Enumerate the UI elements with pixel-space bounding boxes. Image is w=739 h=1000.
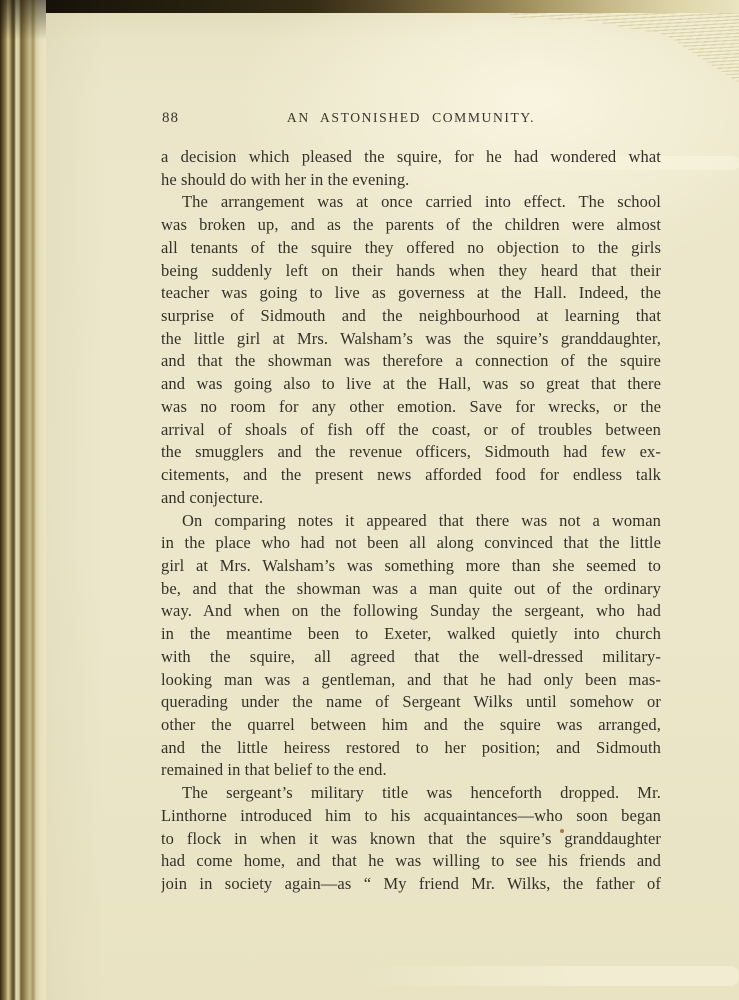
text-line: the smugglers and the revenue officers, … [161,441,661,464]
paragraph: The sergeant’s military title was hencef… [161,782,661,896]
text-line: citements, and the present news afforded… [161,464,661,487]
text-line: arrival of shoals of fish off the coast,… [161,419,661,442]
text-line: looking man was a gentleman, and that he… [161,669,661,692]
text-line: teacher was going to live as governess a… [161,282,661,305]
text-line: had come home, and that he was willing t… [161,850,661,873]
page-content: 88 AN ASTONISHED COMMUNITY. a decision w… [161,110,661,896]
text-line: querading under the name of Sergeant Wil… [161,691,661,714]
text-line: The sergeant’s military title was hencef… [161,782,661,805]
book-photo: 88 AN ASTONISHED COMMUNITY. a decision w… [0,0,739,1000]
running-header: AN ASTONISHED COMMUNITY. [161,110,661,126]
text-line: girl at Mrs. Walsham’s was something mor… [161,555,661,578]
text-line: remained in that belief to the end. [161,759,661,782]
page-number: 88 [162,110,179,127]
paragraph: a decision which pleased the squire, for… [161,146,661,191]
text-line: with the squire, all agreed that the wel… [161,646,661,669]
book-binding-left [0,0,46,1000]
text-line: and was going also to live at the Hall, … [161,373,661,396]
text-line: other the quarrel between him and the sq… [161,714,661,737]
text-line: to flock in when it was known that the s… [161,828,661,851]
text-line: way. And when on the following Sunday th… [161,600,661,623]
text-line: Linthorne introduced him to his acquaint… [161,805,661,828]
book-top-edge [0,0,739,13]
text-line: the little girl at Mrs. Walsham’s was th… [161,328,661,351]
text-line: be, and that the showman was a man quite… [161,578,661,601]
text-line: in the place who had not been all along … [161,532,661,555]
text-line: was no room for any other emotion. Save … [161,396,661,419]
text-line: being suddenly left on their hands when … [161,260,661,283]
text-line: a decision which pleased the squire, for… [161,146,661,169]
text-line: The arrangement was at once carried into… [161,191,661,214]
paragraph: On comparing notes it appeared that ther… [161,510,661,783]
text-line: was broken up, and as the parents of the… [161,214,661,237]
text-line: in the meantime been to Exeter, walked q… [161,623,661,646]
text-line: all tenants of the squire they offered n… [161,237,661,260]
text-line: On comparing notes it appeared that ther… [161,510,661,533]
paragraph: The arrangement was at once carried into… [161,191,661,509]
text-line: join in society again—as “ My friend Mr.… [161,873,661,896]
text-line: and the little heiress restored to her p… [161,737,661,760]
page-header: 88 AN ASTONISHED COMMUNITY. [161,110,661,132]
text-line: and that the showman was therefore a con… [161,350,661,373]
text-body: a decision which pleased the squire, for… [161,146,661,896]
text-line: surprise of Sidmouth and the neighbourho… [161,305,661,328]
text-line: he should do with her in the evening. [161,169,661,192]
ink-speck [560,829,564,833]
text-line: and conjecture. [161,487,661,510]
